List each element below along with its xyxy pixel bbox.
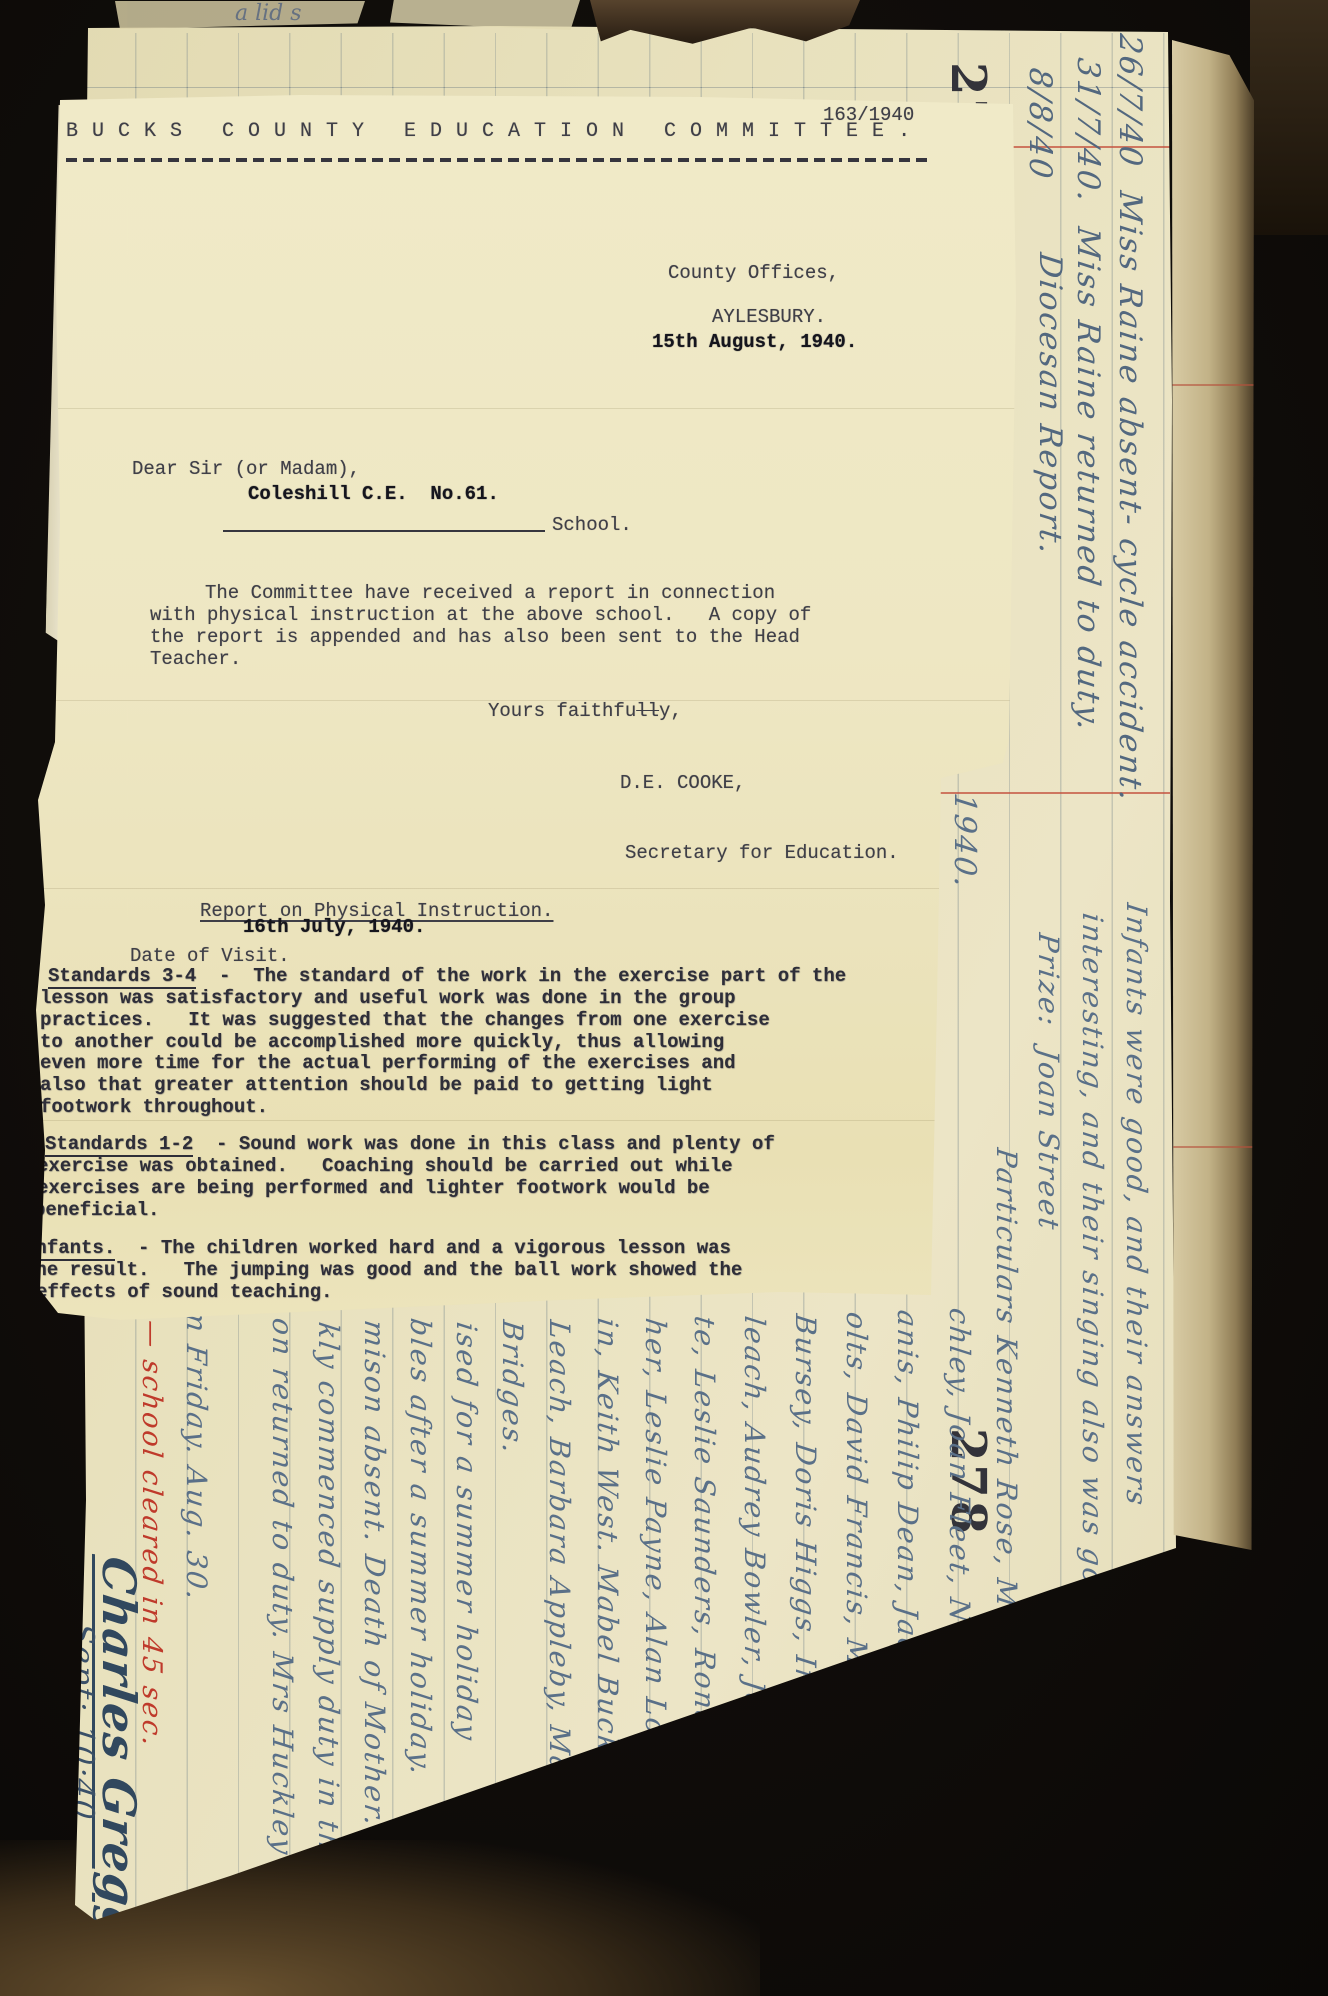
report-date: 16th July, 1940. bbox=[243, 916, 425, 938]
edge-margin-rule bbox=[1172, 384, 1254, 386]
ledger-header-grid bbox=[85, 33, 1170, 88]
entry-line: Leach, Barbara Appleby, Mary Lane, bbox=[545, 1319, 573, 1910]
section-text: - The children worked hard and a vigorou… bbox=[115, 1237, 731, 1259]
valediction: Yours faithfully, bbox=[488, 700, 682, 722]
section-text: - Sound work was done in this class and … bbox=[193, 1133, 775, 1155]
page-stack-edge bbox=[1250, 0, 1328, 235]
section-heading: Infants. bbox=[24, 1237, 115, 1261]
report-section-head: Infants. - The children worked hard and … bbox=[24, 1237, 731, 1259]
entry-line: ised for a summer holiday bbox=[452, 1321, 480, 1744]
report-line: to another could be accomplished more qu… bbox=[40, 1031, 724, 1053]
year-heading: 1940. bbox=[949, 791, 979, 891]
entry-line: on returned to duty. Mrs Huckley bbox=[268, 1317, 296, 1858]
report-line: also that greater attention should be pa… bbox=[40, 1074, 713, 1096]
margin-note: 31/7/40. Miss Raine returned to duty. bbox=[1072, 56, 1103, 734]
body-line: The Committee have received a report in … bbox=[205, 582, 775, 604]
entry-line: mison absent. Death of Mother. bbox=[360, 1319, 388, 1829]
pasted-letter: 163/1940 BUCKS COUNTY EDUCATION COMMITTE… bbox=[30, 88, 1020, 1328]
handwritten-line: interesting, and their singing also was … bbox=[1078, 912, 1106, 1638]
body-line: the report is appended and has also been… bbox=[150, 626, 800, 648]
school-underline bbox=[223, 530, 545, 532]
report-line: practices. It was suggested that the cha… bbox=[40, 1009, 770, 1031]
entry-line: bles after a summer holiday. bbox=[406, 1317, 434, 1779]
paper-seam bbox=[30, 408, 1020, 409]
dashed-rule bbox=[66, 158, 933, 162]
entry-line: m Friday. Aug. 30. bbox=[182, 1304, 210, 1604]
report-line: even more time for the actual performing… bbox=[40, 1052, 736, 1074]
peeking-page-fragment: a lid s bbox=[115, 1, 365, 29]
next-page-edge bbox=[1172, 40, 1254, 1550]
handwritten-line: Particulars Kenneth Rose, Mavis Hazelgro… bbox=[992, 1147, 1020, 1868]
report-line: lesson was satisfactory and useful work … bbox=[40, 987, 736, 1009]
paper-seam bbox=[30, 888, 1020, 889]
paper-seam bbox=[30, 1120, 1020, 1121]
handwritten-line: Prize: Joan Street bbox=[1034, 932, 1062, 1233]
report-line: exercises are being performed and lighte… bbox=[37, 1177, 710, 1199]
section-text: - The standard of the work in the exerci… bbox=[196, 965, 846, 987]
entry-line: anis, Philip Dean, Jack Lane, bbox=[893, 1309, 921, 1777]
date-of-visit-label: Date of Visit. bbox=[130, 945, 290, 967]
handwriting-fragment: a lid s bbox=[235, 1, 302, 26]
report-line: the result. The jumping was good and the… bbox=[24, 1259, 742, 1281]
salutation: Dear Sir (or Madam), bbox=[132, 458, 360, 480]
entry-line: olts, David Francis, May Tillman, bbox=[842, 1311, 870, 1851]
report-section-head: Standards 1-2 - Sound work was done in t… bbox=[45, 1133, 775, 1155]
valediction-text: y, bbox=[659, 700, 682, 722]
committee-header: BUCKS COUNTY EDUCATION COMMITTEE. bbox=[66, 121, 924, 143]
signatory: D.E. COOKE, bbox=[620, 772, 745, 794]
edge-margin-rule bbox=[1172, 1146, 1254, 1148]
entry-line: in, Keith West. Mabel Buckley, bbox=[593, 1317, 621, 1811]
office-line: County Offices, bbox=[668, 262, 839, 284]
entry-line: Bridges. bbox=[498, 1319, 526, 1457]
margin-note: 26/7/40 Miss Raine absent- cycle acciden… bbox=[1114, 32, 1145, 804]
entry-line: te, Leslie Saunders, Ronald Greaves, bbox=[690, 1315, 718, 1914]
entry-line: leach, Audrey Bowler, Joan Greaves, bbox=[740, 1315, 768, 1904]
town-line: AYLESBURY. bbox=[712, 306, 826, 328]
report-line: beneficial. bbox=[34, 1199, 159, 1221]
section-heading: Standards 1-2 bbox=[45, 1133, 193, 1157]
section-heading: Standards 3-4 bbox=[48, 965, 196, 989]
entry-line: her, Leslie Payne, Alan Loveday, bbox=[641, 1317, 669, 1839]
body-line: Teacher. bbox=[150, 648, 241, 670]
valediction-text: Yours faithfu bbox=[488, 700, 636, 722]
report-line: exercise was obtained. Coaching should b… bbox=[37, 1155, 733, 1177]
report-line: footwork throughout. bbox=[40, 1096, 268, 1118]
margin-note: Diocesan Report. bbox=[1034, 251, 1065, 557]
entry-line: kly commenced supply duty in the bbox=[314, 1321, 342, 1874]
entry-line: Bursey, Doris Higgs, Irene Appleby, bbox=[791, 1313, 819, 1891]
report-line: effects of sound teaching. bbox=[36, 1281, 332, 1303]
handwritten-line: Infants were good, and their answers bbox=[1122, 902, 1150, 1509]
signature-date: Sept: 10:40. bbox=[67, 1621, 97, 1834]
report-section-head: Standards 3-4 - The standard of the work… bbox=[48, 965, 846, 987]
body-line: with physical instruction at the above s… bbox=[150, 604, 811, 626]
valediction-strike: ll bbox=[636, 700, 659, 722]
school-name: Coleshill C.E. No.61. bbox=[248, 483, 499, 505]
margin-note: 8/8/40 bbox=[1024, 66, 1055, 182]
signatory-title: Secretary for Education. bbox=[625, 842, 899, 864]
entry-line: chley, Joan Fleet, Norman Keen, bbox=[945, 1307, 973, 1829]
peeking-page-fragment bbox=[390, 0, 580, 30]
headteacher-signature: Charles Gregg bbox=[96, 1554, 142, 1943]
logbook-photo: 277 278 26/7/40 Miss Raine absent- cycle… bbox=[0, 0, 1328, 1996]
school-suffix: School. bbox=[552, 514, 632, 536]
letter-date: 15th August, 1940. bbox=[652, 331, 857, 353]
